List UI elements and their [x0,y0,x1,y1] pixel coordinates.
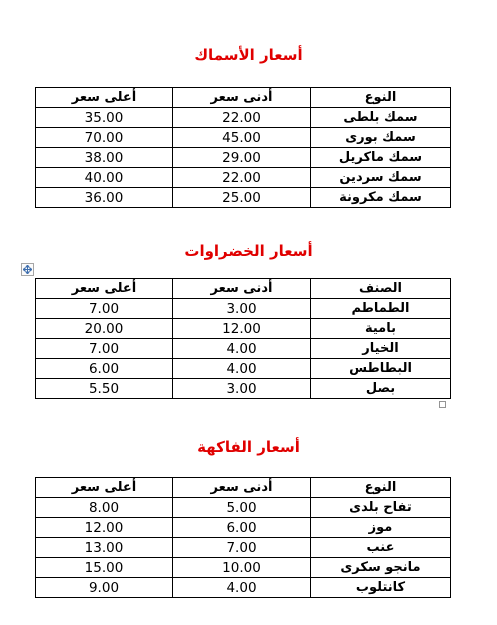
table-move-handle-icon[interactable] [21,263,34,276]
highest-price-cell[interactable]: 9.00 [36,578,173,598]
item-name-cell[interactable]: سمك مكرونة [311,188,451,208]
table-resize-handle-icon[interactable] [439,401,446,408]
highest-price-cell[interactable]: 8.00 [36,498,173,518]
fish-prices-title[interactable]: أسعار الأسماك [0,46,497,64]
table-row: 9.00 4.00 كانتلوب [36,578,451,598]
table-row: 20.00 12.00 بامية [36,319,451,339]
header-lowest-price[interactable]: أدنى سعر [173,279,311,299]
table-row: 35.00 22.00 سمك بلطى [36,108,451,128]
highest-price-cell[interactable]: 12.00 [36,518,173,538]
item-name-cell[interactable]: الخيار [311,339,451,359]
item-name-cell[interactable]: موز [311,518,451,538]
table-row: 38.00 29.00 سمك ماكريل [36,148,451,168]
item-name-cell[interactable]: مانجو سكرى [311,558,451,578]
lowest-price-cell[interactable]: 7.00 [173,538,311,558]
lowest-price-cell[interactable]: 22.00 [173,108,311,128]
item-name-cell[interactable]: بامية [311,319,451,339]
four-way-arrow-icon [23,265,32,274]
header-highest-price[interactable]: أعلى سعر [36,88,173,108]
document-page: أسعار الأسماك أعلى سعر أدنى سعر النوع 35… [0,0,497,625]
lowest-price-cell[interactable]: 45.00 [173,128,311,148]
lowest-price-cell[interactable]: 29.00 [173,148,311,168]
table-header-row: أعلى سعر أدنى سعر النوع [36,478,451,498]
highest-price-cell[interactable]: 5.50 [36,379,173,399]
lowest-price-cell[interactable]: 10.00 [173,558,311,578]
table-row: 40.00 22.00 سمك سردين [36,168,451,188]
item-name-cell[interactable]: عنب [311,538,451,558]
highest-price-cell[interactable]: 36.00 [36,188,173,208]
table-row: 7.00 3.00 الطماطم [36,299,451,319]
fish-prices-table: أعلى سعر أدنى سعر النوع 35.00 22.00 سمك … [35,87,451,208]
table-row: 70.00 45.00 سمك بورى [36,128,451,148]
lowest-price-cell[interactable]: 3.00 [173,299,311,319]
item-name-cell[interactable]: سمك ماكريل [311,148,451,168]
lowest-price-cell[interactable]: 22.00 [173,168,311,188]
table-header-row: أعلى سعر أدنى سعر الصنف [36,279,451,299]
lowest-price-cell[interactable]: 12.00 [173,319,311,339]
highest-price-cell[interactable]: 35.00 [36,108,173,128]
item-name-cell[interactable]: تفاح بلدى [311,498,451,518]
lowest-price-cell[interactable]: 25.00 [173,188,311,208]
table-header-row: أعلى سعر أدنى سعر النوع [36,88,451,108]
item-name-cell[interactable]: البطاطس [311,359,451,379]
table-row: 13.00 7.00 عنب [36,538,451,558]
table-row: 5.50 3.00 بصل [36,379,451,399]
item-name-cell[interactable]: سمك بلطى [311,108,451,128]
header-highest-price[interactable]: أعلى سعر [36,279,173,299]
highest-price-cell[interactable]: 38.00 [36,148,173,168]
header-type[interactable]: النوع [311,88,451,108]
highest-price-cell[interactable]: 70.00 [36,128,173,148]
item-name-cell[interactable]: كانتلوب [311,578,451,598]
highest-price-cell[interactable]: 40.00 [36,168,173,188]
table-row: 8.00 5.00 تفاح بلدى [36,498,451,518]
lowest-price-cell[interactable]: 5.00 [173,498,311,518]
vegetable-prices-table: أعلى سعر أدنى سعر الصنف 7.00 3.00 الطماط… [35,278,451,399]
item-name-cell[interactable]: سمك سردين [311,168,451,188]
header-lowest-price[interactable]: أدنى سعر [173,88,311,108]
lowest-price-cell[interactable]: 4.00 [173,578,311,598]
fruit-prices-title[interactable]: أسعار الفاكهة [0,438,497,456]
header-type[interactable]: الصنف [311,279,451,299]
header-lowest-price[interactable]: أدنى سعر [173,478,311,498]
lowest-price-cell[interactable]: 6.00 [173,518,311,538]
table-row: 7.00 4.00 الخيار [36,339,451,359]
table-row: 15.00 10.00 مانجو سكرى [36,558,451,578]
table-row: 36.00 25.00 سمك مكرونة [36,188,451,208]
highest-price-cell[interactable]: 6.00 [36,359,173,379]
item-name-cell[interactable]: الطماطم [311,299,451,319]
item-name-cell[interactable]: سمك بورى [311,128,451,148]
table-row: 6.00 4.00 البطاطس [36,359,451,379]
highest-price-cell[interactable]: 15.00 [36,558,173,578]
vegetable-prices-title[interactable]: أسعار الخضراوات [0,242,497,260]
lowest-price-cell[interactable]: 4.00 [173,339,311,359]
table-row: 12.00 6.00 موز [36,518,451,538]
highest-price-cell[interactable]: 13.00 [36,538,173,558]
highest-price-cell[interactable]: 20.00 [36,319,173,339]
highest-price-cell[interactable]: 7.00 [36,339,173,359]
lowest-price-cell[interactable]: 3.00 [173,379,311,399]
item-name-cell[interactable]: بصل [311,379,451,399]
lowest-price-cell[interactable]: 4.00 [173,359,311,379]
highest-price-cell[interactable]: 7.00 [36,299,173,319]
fruit-prices-table: أعلى سعر أدنى سعر النوع 8.00 5.00 تفاح ب… [35,477,451,598]
header-highest-price[interactable]: أعلى سعر [36,478,173,498]
header-type[interactable]: النوع [311,478,451,498]
